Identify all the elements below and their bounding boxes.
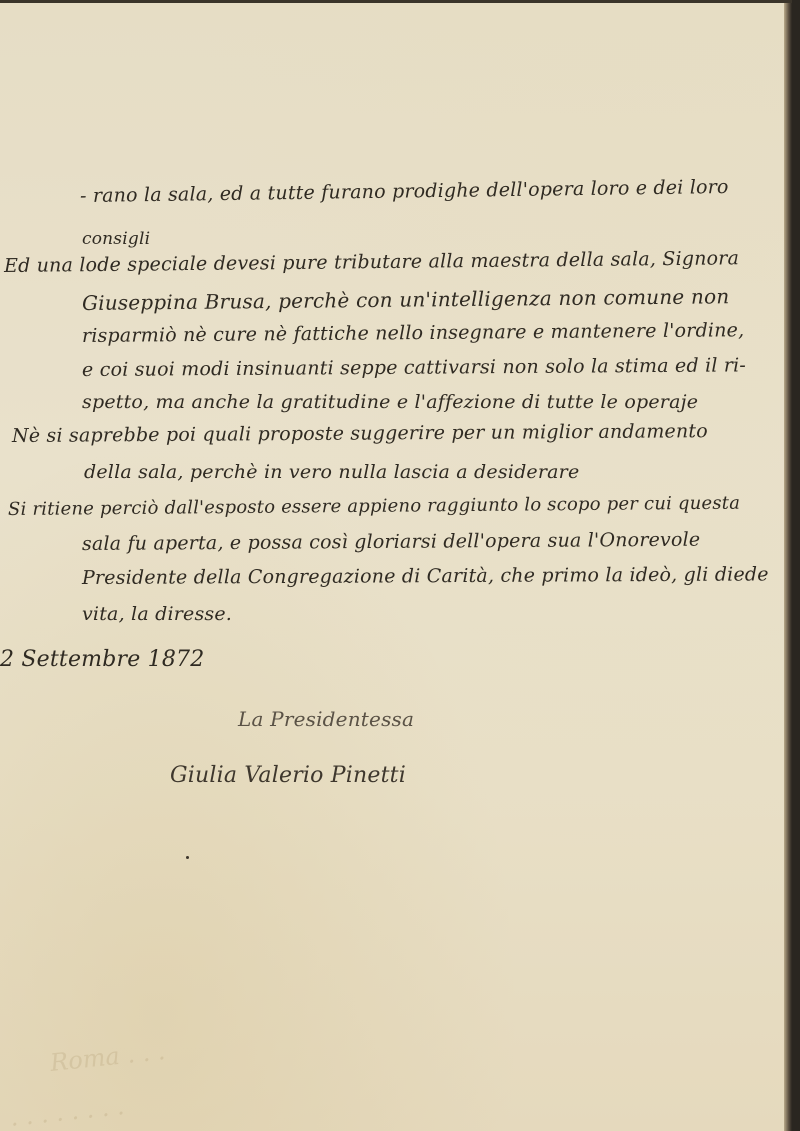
bleed-through-mark: Roma . . . xyxy=(49,1037,167,1077)
text-line-10: Si ritiene perciò dall'esposto essere ap… xyxy=(8,493,740,520)
text-line-3: Ed una lode speciale devesi pure tributa… xyxy=(4,247,739,277)
page-edge-shadow xyxy=(784,3,792,1131)
text-line-13: vita, la diresse. xyxy=(82,603,232,625)
text-line-12: Presidente della Congregazione di Carità… xyxy=(82,563,769,589)
text-line-7: spetto, ma anche la gratitudine e l'affe… xyxy=(82,391,698,413)
signature-title: La Presidentessa xyxy=(238,707,414,731)
text-line-11: sala fu aperta, e possa così gloriarsi d… xyxy=(82,529,700,555)
letter-date: 2 Settembre 1872 xyxy=(0,647,204,672)
bleed-through-mark: . . . . . . . . xyxy=(9,1092,126,1131)
text-line-1: - rano la sala, ed a tutte furano prodig… xyxy=(80,176,729,207)
text-line-2: consigli xyxy=(82,229,150,249)
text-line-8: Nè si saprebbe poi quali proposte sugger… xyxy=(12,420,708,447)
manuscript-page: - rano la sala, ed a tutte furano prodig… xyxy=(0,0,792,1131)
text-line-5: risparmiò nè cure nè fattiche nello inse… xyxy=(82,319,744,347)
text-line-9: della sala, perchè in vero nulla lascia … xyxy=(84,461,579,483)
text-line-4: Giuseppina Brusa, perchè con un'intellig… xyxy=(82,284,730,315)
signature-name: Giulia Valerio Pinetti xyxy=(170,763,406,788)
text-line-6: e coi suoi modi insinuanti seppe cattiva… xyxy=(82,354,746,381)
ink-dot xyxy=(186,856,189,859)
